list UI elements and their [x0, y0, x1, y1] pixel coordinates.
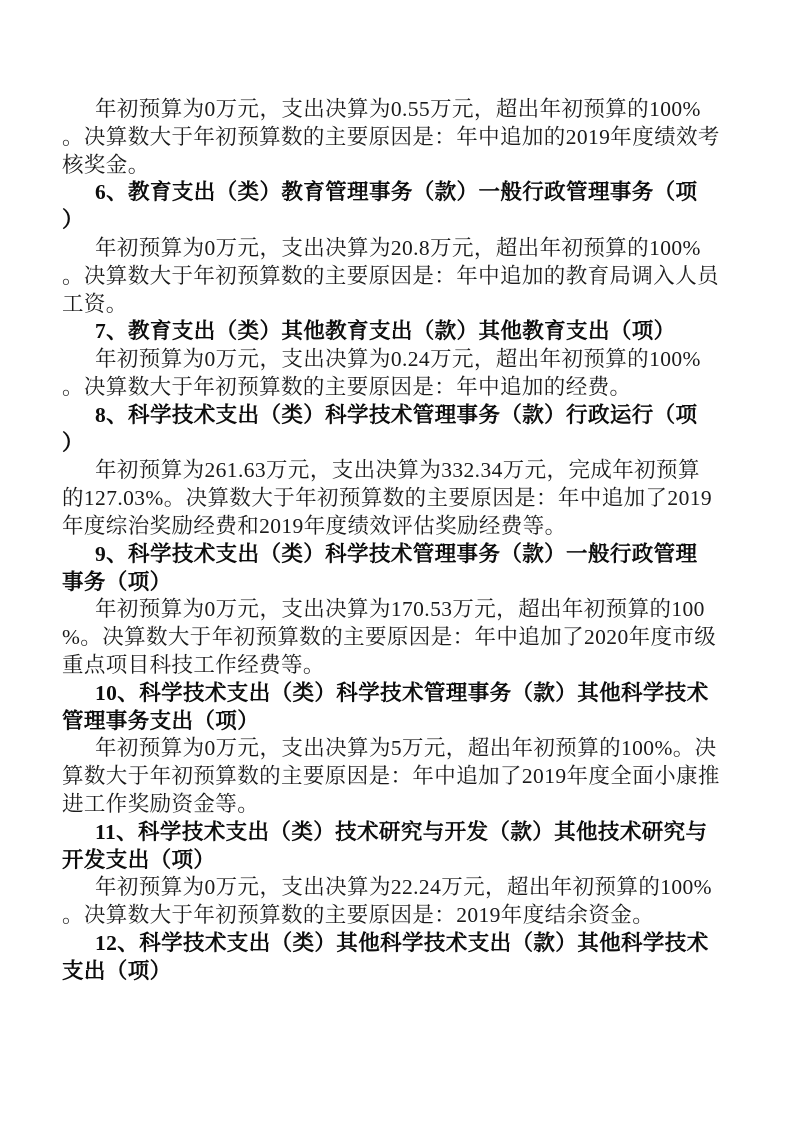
item7-heading: 7、教育支出（类）其他教育支出（款）其他教育支出（项）: [62, 318, 738, 346]
heading-line: 支出（项）: [62, 958, 738, 986]
heading-line: ）: [62, 207, 738, 235]
heading-line: 12、科学技术支出（类）其他科学技术支出（款）其他科学技术: [62, 930, 738, 958]
item9-detail-paragraph: 年初预算为0万元，支出决算为170.53万元，超出年初预算的100%。决算数大于…: [62, 596, 738, 679]
paragraph-line: 年初预算为0万元，支出决算为5万元，超出年初预算的100%。决: [62, 735, 738, 763]
heading-line: 10、科学技术支出（类）科学技术管理事务（款）其他科学技术: [62, 680, 738, 708]
paragraph-line: 的127.03%。决算数大于年初预算数的主要原因是：年中追加了2019: [62, 485, 738, 513]
item6-detail-paragraph: 年初预算为0万元，支出决算为20.8万元，超出年初预算的100%。决算数大于年初…: [62, 235, 738, 318]
document-body: 年初预算为0万元，支出决算为0.55万元，超出年初预算的100%。决算数大于年初…: [62, 96, 738, 986]
heading-line: 11、科学技术支出（类）技术研究与开发（款）其他技术研究与: [62, 819, 738, 847]
item5-detail-paragraph: 年初预算为0万元，支出决算为0.55万元，超出年初预算的100%。决算数大于年初…: [62, 96, 738, 179]
heading-line: 开发支出（项）: [62, 847, 738, 875]
paragraph-line: 年初预算为0万元，支出决算为22.24万元，超出年初预算的100%: [62, 874, 738, 902]
heading-line: 9、科学技术支出（类）科学技术管理事务（款）一般行政管理: [62, 541, 738, 569]
item7-detail-paragraph: 年初预算为0万元，支出决算为0.24万元，超出年初预算的100%。决算数大于年初…: [62, 346, 738, 402]
paragraph-line: 核奖金。: [62, 152, 738, 180]
item8-heading: 8、科学技术支出（类）科学技术管理事务（款）行政运行（项）: [62, 402, 738, 458]
item12-heading: 12、科学技术支出（类）其他科学技术支出（款）其他科学技术支出（项）: [62, 930, 738, 986]
heading-line: 事务（项）: [62, 569, 738, 597]
paragraph-line: 。决算数大于年初预算数的主要原因是：年中追加的教育局调入人员: [62, 263, 738, 291]
paragraph-line: 进工作奖励资金等。: [62, 791, 738, 819]
item10-heading: 10、科学技术支出（类）科学技术管理事务（款）其他科学技术管理事务支出（项）: [62, 680, 738, 736]
paragraph-line: 年度综治奖励经费和2019年度绩效评估奖励经费等。: [62, 513, 738, 541]
item11-detail-paragraph: 年初预算为0万元，支出决算为22.24万元，超出年初预算的100%。决算数大于年…: [62, 874, 738, 930]
paragraph-line: 算数大于年初预算数的主要原因是：年中追加了2019年度全面小康推: [62, 763, 738, 791]
heading-line: ）: [62, 430, 738, 458]
paragraph-line: %。决算数大于年初预算数的主要原因是：年中追加了2020年度市级: [62, 624, 738, 652]
paragraph-line: 年初预算为0万元，支出决算为0.24万元，超出年初预算的100%: [62, 346, 738, 374]
document-page: 年初预算为0万元，支出决算为0.55万元，超出年初预算的100%。决算数大于年初…: [0, 0, 793, 1122]
item10-detail-paragraph: 年初预算为0万元，支出决算为5万元，超出年初预算的100%。决算数大于年初预算数…: [62, 735, 738, 818]
paragraph-line: 。决算数大于年初预算数的主要原因是：年中追加的2019年度绩效考: [62, 124, 738, 152]
paragraph-line: 年初预算为0万元，支出决算为0.55万元，超出年初预算的100%: [62, 96, 738, 124]
paragraph-line: 重点项目科技工作经费等。: [62, 652, 738, 680]
paragraph-line: 。决算数大于年初预算数的主要原因是：年中追加的经费。: [62, 374, 738, 402]
item6-heading: 6、教育支出（类）教育管理事务（款）一般行政管理事务（项）: [62, 179, 738, 235]
paragraph-line: 。决算数大于年初预算数的主要原因是：2019年度结余资金。: [62, 902, 738, 930]
heading-line: 6、教育支出（类）教育管理事务（款）一般行政管理事务（项: [62, 179, 738, 207]
paragraph-line: 年初预算为261.63万元，支出决算为332.34万元，完成年初预算: [62, 457, 738, 485]
paragraph-line: 年初预算为0万元，支出决算为170.53万元，超出年初预算的100: [62, 596, 738, 624]
heading-line: 7、教育支出（类）其他教育支出（款）其他教育支出（项）: [62, 318, 738, 346]
heading-line: 8、科学技术支出（类）科学技术管理事务（款）行政运行（项: [62, 402, 738, 430]
heading-line: 管理事务支出（项）: [62, 708, 738, 736]
paragraph-line: 年初预算为0万元，支出决算为20.8万元，超出年初预算的100%: [62, 235, 738, 263]
item9-heading: 9、科学技术支出（类）科学技术管理事务（款）一般行政管理事务（项）: [62, 541, 738, 597]
item11-heading: 11、科学技术支出（类）技术研究与开发（款）其他技术研究与开发支出（项）: [62, 819, 738, 875]
paragraph-line: 工资。: [62, 291, 738, 319]
item8-detail-paragraph: 年初预算为261.63万元，支出决算为332.34万元，完成年初预算的127.0…: [62, 457, 738, 540]
